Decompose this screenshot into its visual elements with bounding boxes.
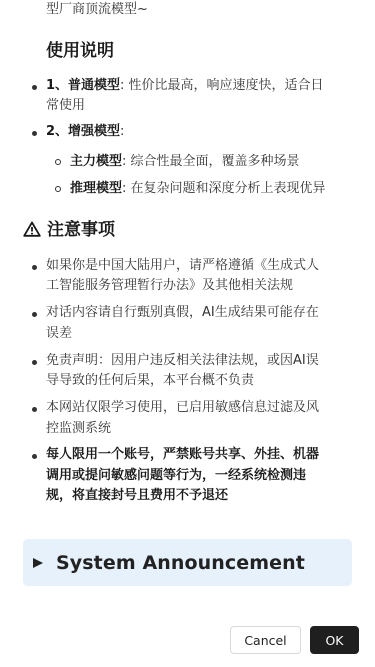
bullet-dot xyxy=(32,360,37,365)
subitem-reasoning-title: 推理模型 xyxy=(70,181,122,196)
bullet-dot xyxy=(32,265,37,270)
usage-item-1-text-cont: 常使用 xyxy=(46,96,85,117)
bullet-dot xyxy=(32,454,37,459)
bullet-dot xyxy=(32,407,37,412)
notice-item-4-line-1: 本网站仅限学习使用，已启用敏感信息过滤及风 xyxy=(46,398,319,419)
notice-item-2-line-2: 误差 xyxy=(46,324,72,345)
usage-heading: 使用说明 xyxy=(46,39,114,63)
bullet-dot xyxy=(32,131,37,136)
system-announcement-toggle[interactable]: System Announcement xyxy=(23,539,352,586)
ok-button[interactable]: OK xyxy=(310,626,359,654)
notice-item-3-line-1: 免责声明：因用户违反相关法律法规，或因AI误 xyxy=(46,351,319,372)
bullet-dot xyxy=(32,85,37,90)
subitem-reasoning-text: : 在复杂问题和深度分析上表现优异 xyxy=(122,181,326,196)
bullet-dot xyxy=(32,312,37,317)
usage-item-1-title: 1、普通模型 xyxy=(46,78,120,93)
notice-heading: 注意事项 xyxy=(47,218,115,242)
system-announcement-label: System Announcement xyxy=(56,552,305,574)
notice-item-1-line-2: 工智能服务管理暂行办法》及其他相关法规 xyxy=(46,276,293,297)
warning-icon xyxy=(23,221,41,237)
notice-item-3-line-2: 导导致的任何后果，本平台概不负责 xyxy=(46,371,254,392)
usage-item-2-title: 2、增强模型 xyxy=(46,124,120,139)
circle-bullet xyxy=(55,186,61,192)
triangle-right-icon xyxy=(33,558,43,568)
circle-bullet xyxy=(55,159,61,165)
subitem-main-text: : 综合性最全面，覆盖多种场景 xyxy=(122,154,300,169)
usage-item-2-text: : xyxy=(120,124,124,139)
intro-text: 型厂商顶流模型~ xyxy=(46,0,148,20)
notice-item-1-line-1: 如果你是中国大陆用户，请严格遵循《生成式人 xyxy=(46,256,319,277)
notice-item-5-line-3: 规，将直接封号且费用不予退还 xyxy=(46,486,228,507)
notice-item-5-line-2: 调用或提问敏感问题等行为，一经系统检测违 xyxy=(46,466,306,487)
announcement-dialog: 型厂商顶流模型~ 使用说明 1、普通模型: 性价比最高，响应速度快，适合日 常使… xyxy=(0,0,375,667)
notice-item-5-line-1: 每人限用一个账号，严禁账号共享、外挂、机器 xyxy=(46,445,319,466)
usage-item-1-text: : 性价比最高，响应速度快，适合日 xyxy=(120,78,324,93)
cancel-button[interactable]: Cancel xyxy=(230,626,301,654)
notice-item-4-line-2: 控监测系统 xyxy=(46,419,111,440)
notice-item-2-line-1: 对话内容请自行甄别真假，AI生成结果可能存在 xyxy=(46,303,319,324)
subitem-main-title: 主力模型 xyxy=(70,154,122,169)
